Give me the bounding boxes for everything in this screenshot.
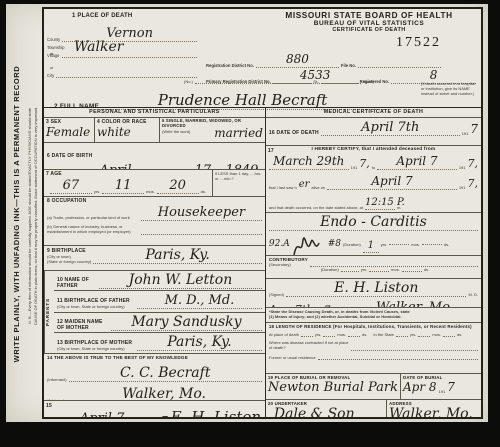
township-value: Walker	[74, 39, 123, 55]
certify-text: I HEREBY CERTIFY, that I attended deceas…	[269, 147, 478, 152]
father-birthplace-row: 11 BIRTHPLACE OF FATHER (City or town, S…	[54, 291, 265, 313]
burial-year-pre: 191	[439, 389, 446, 394]
cause-hash-note: #8	[328, 239, 341, 249]
res-ds-cap-a: ds.	[362, 332, 367, 337]
parents-block: PARENTS 10 NAME OF FATHER John W. Letton	[44, 271, 265, 354]
birthplace-value: Paris, Ky.	[145, 247, 209, 263]
certify-number: 17	[268, 148, 274, 154]
physician-address-value: Walker, Mo.	[376, 300, 454, 308]
occupation-row: 8 OCCUPATION (a) Trade, profession, or p…	[44, 197, 265, 246]
informant-address-value: Walker, Mo.	[122, 386, 206, 401]
residence-row: 18 LENGTH OF RESIDENCE (For Hospitals, I…	[266, 323, 481, 374]
medical-certificate-column: MEDICAL CERTIFICATE OF DEATH 16 DATE OF …	[266, 107, 481, 417]
age-mos-cap: mos.	[146, 189, 155, 194]
filed-row: 15 Filed April 7, 1917 E. H. Liston Regi…	[44, 401, 265, 417]
village-label: Village	[47, 53, 60, 58]
age-years-value: 67	[63, 178, 80, 193]
mother-name-row: 12 MAIDEN NAME OF MOTHER Mary Sandusky	[54, 313, 265, 333]
to-year-pre: 191	[459, 165, 466, 170]
margin-warning-text: WRITE PLAINLY, WITH UNFADING INK—THIS IS…	[12, 10, 21, 418]
cause-yrs-cap: yrs.	[381, 242, 387, 247]
mother-name-label: 12 MAIDEN NAME OF MOTHER	[57, 319, 109, 331]
res-ds-cap-b: ds.	[457, 332, 462, 337]
secondary-cap: (Secondary)	[269, 262, 308, 267]
lastsaw-her-value: er	[299, 179, 310, 190]
birthplace-row: 9 BIRTHPLACE (City or town) (State or fo…	[44, 246, 265, 271]
father-name-value: John W. Letton	[129, 272, 233, 288]
burial-date-value: Apr 8	[403, 380, 437, 394]
cause-duration-cap: (Duration)	[343, 242, 361, 247]
lastsaw-text-a: that I last saw h	[269, 185, 297, 190]
township-label: Township	[47, 45, 64, 50]
signed-cap: (Signed)	[269, 292, 284, 297]
contributory-duration-cap: (Duration)	[321, 267, 339, 272]
primary-reg-label: Primary Registration District No.	[206, 79, 271, 84]
to-word: to	[372, 165, 375, 170]
place-of-death-label: 1 PLACE OF DEATH	[72, 13, 132, 19]
res-mos-cap-b: mos.	[432, 332, 441, 337]
cause-mos-cap: mos.	[411, 242, 420, 247]
physician-signature-row: (Signed) E. H. Liston M. D. Apr. 7th 191…	[266, 279, 481, 308]
registrar-signature: E. H. Liston	[171, 408, 261, 417]
county-label: County	[47, 37, 60, 42]
or-word-b: or	[50, 65, 54, 70]
filed-date-value: April 7,	[80, 411, 129, 417]
burial-year-value: 7	[447, 380, 455, 394]
personal-particulars-column: PERSONAL AND STATISTICAL PARTICULARS 3 S…	[44, 107, 266, 417]
occupation-a-value: Housekeeper	[158, 205, 245, 220]
death-certificate-scan: { "margin": { "line1": "WRITE PLAINLY, W…	[0, 0, 500, 447]
age-less-note: If LESS than 1 day, ....hrs. or ....min.…	[215, 171, 263, 181]
contrib-mos-cap: mos.	[391, 267, 400, 272]
from-year-pre: 191	[351, 165, 358, 170]
no-label: (No.)	[184, 79, 193, 84]
undertaker-value: Dale & Son	[268, 406, 384, 417]
board-titles: MISSOURI STATE BOARD OF HEALTH BUREAU OF…	[259, 11, 479, 33]
lastsaw-year-pre: 191	[459, 185, 466, 190]
contrib-ds-cap: ds.	[424, 267, 429, 272]
filed-number: 15	[46, 403, 52, 409]
occupation-b-label: (b) General nature of industry, business…	[47, 225, 139, 235]
lastsaw-text-b: alive on	[311, 185, 325, 190]
date-of-death-row: 16 DATE OF DEATH April 7th 1917 (Month) …	[266, 118, 481, 146]
personal-title: PERSONAL AND STATISTICAL PARTICULARS	[44, 107, 265, 118]
form-header: 1 PLACE OF DEATH County Vernon Township …	[44, 9, 481, 108]
registered-no-value: 8	[430, 68, 438, 82]
father-name-row: 10 NAME OF FATHER John W. Letton	[54, 271, 265, 291]
father-birthplace-cap: (City or town, State or foreign country)	[57, 304, 135, 309]
age-yrs-cap: yrs.	[94, 189, 100, 194]
mother-birthplace-value: Paris, Ky.	[167, 334, 231, 350]
certificate-title: CERTIFICATE OF DEATH	[259, 27, 479, 33]
at-place-label: At place of death	[269, 332, 299, 337]
undertaker-address-value: Walker, Mo.	[389, 406, 479, 417]
contrib-yrs-cap: yrs.	[361, 267, 367, 272]
margin-note-line2: CAUSE OF DEATH in plain terms, so that i…	[33, 16, 38, 416]
lastsaw-year-value: 7,	[468, 177, 479, 190]
res-mos-cap-a: mos.	[337, 332, 346, 337]
mother-name-value: Mary Sandusky	[131, 314, 241, 330]
sex-color-marital-row: 3 SEX Female 4 COLOR OR RACE white 5 SIN…	[44, 118, 265, 143]
attended-from-value: March 29th	[273, 154, 344, 168]
age-days-value: 20	[169, 178, 186, 193]
dob-day-value: 17	[195, 163, 212, 170]
margin-note-line1: N. B.—Every item of information should b…	[27, 16, 32, 416]
father-birthplace-value: M. D., Md.	[165, 293, 235, 308]
dod-year-value: 7	[470, 122, 478, 136]
cause-of-death-row: Endo - Carditis 92.A #8 (Duration) 1 yrs…	[266, 213, 481, 256]
dob-month-value: April	[99, 163, 131, 170]
registration-district-line: Registration District No. 880 File No.	[206, 51, 441, 68]
informant-row: 14 THE ABOVE IS TRUE TO THE BEST OF MY K…	[44, 354, 265, 401]
father-name-label: 10 NAME OF FATHER	[57, 277, 97, 289]
bureau-title: BUREAU OF VITAL STATISTICS	[259, 20, 479, 27]
res-yrs-cap-b: yrs.	[410, 332, 416, 337]
file-number-stamp: 17522	[396, 35, 441, 51]
contributory-row: CONTRIBUTORY (Secondary) (Duration) yrs.…	[266, 256, 481, 279]
primary-reg-value: 4533	[300, 68, 331, 82]
death-occurred-text: and that death occurred, on the date sta…	[269, 205, 363, 210]
footnote-row: *State the Disease Causing Death, or, in…	[266, 308, 481, 323]
res-yrs-cap-a: yrs.	[315, 332, 321, 337]
certification-row: 17 I HEREBY CERTIFY, that I attended dec…	[266, 146, 481, 213]
filed-year-value: 7	[161, 414, 168, 417]
footnote-line2: (1) Means of Injury; and (2) whether Acc…	[269, 314, 478, 319]
md-cap: M. D.	[468, 292, 478, 297]
in-state-label: In the State	[373, 332, 393, 337]
city-label: City	[47, 73, 54, 78]
board-title: MISSOURI STATE BOARD OF HEALTH	[259, 11, 479, 20]
certificate-form: 1 PLACE OF DEATH County Vernon Township …	[42, 7, 483, 419]
attended-to-value: April 7	[396, 154, 437, 168]
age-row: 7 AGE 67 yrs. 11 mos. 20 ds. If LESS tha…	[44, 170, 265, 197]
date-of-birth-row: 6 DATE OF BIRTH April 17 1849 (Month) (D…	[44, 143, 265, 170]
certificate-card: WRITE PLAINLY, WITH UNFADING INK—THIS IS…	[6, 4, 488, 422]
age-months-value: 11	[115, 178, 132, 193]
to-year-value: 7,	[468, 157, 479, 170]
residence-label: 18 LENGTH OF RESIDENCE (For Hospitals, I…	[269, 324, 478, 329]
dob-label: 6 DATE OF BIRTH	[47, 153, 92, 159]
burial-place-value: Newton Burial Park	[268, 380, 398, 395]
mother-birthplace-row: 13 BIRTHPLACE OF MOTHER (City or town, S…	[54, 333, 265, 353]
former-residence-label: Former or usual residence	[269, 355, 316, 360]
parents-vertical-label: PARENTS	[44, 271, 54, 353]
physician-signature-value: E. H. Liston	[334, 280, 418, 296]
date-of-death-value: April 7th	[361, 120, 419, 135]
cause-duration-value: 1	[368, 240, 374, 251]
age-ds-cap: ds.	[201, 189, 206, 194]
from-year-value: 7,	[359, 157, 370, 170]
medical-title: MEDICAL CERTIFICATE OF DEATH	[266, 107, 481, 118]
informant-cap: (Informant)	[47, 377, 67, 382]
mother-birthplace-cap: (City or town, State or foreign country)	[57, 346, 135, 351]
informant-value: C. C. Becraft	[120, 365, 211, 381]
registered-no-label: Registered No.	[360, 79, 390, 84]
city-line: City	[47, 73, 197, 78]
cause-ds-cap: ds.	[444, 242, 449, 247]
disease-contracted-label: Where was disease contracted if not at p…	[269, 341, 349, 351]
informant-section-label: 14 THE ABOVE IS TRUE TO THE BEST OF MY K…	[47, 355, 262, 360]
m-word: m.	[397, 205, 401, 210]
cause-code-note: 92.A	[269, 239, 290, 249]
hospital-note: (If death occurred in a hospital or inst…	[421, 81, 479, 97]
occupation-a-label: (a) Trade, profession, or particular kin…	[47, 216, 139, 221]
sex-value: Female	[46, 125, 92, 139]
color-race-value: white	[97, 125, 157, 139]
dob-year-value: 1849	[225, 163, 258, 170]
birthplace-cap2: (State or foreign country)	[47, 259, 91, 264]
burial-row: 19 PLACE OF BURIAL OR REMOVAL Newton Bur…	[266, 374, 481, 400]
reg-district-value: 880	[286, 52, 309, 66]
cause-of-death-value: Endo - Carditis	[320, 214, 427, 230]
registrar-scrawl-mark	[292, 234, 326, 256]
undertaker-row: 20 UNDERTAKER Dale & Son ADDRESS Walker,…	[266, 400, 481, 417]
lastsaw-date-value: April 7	[371, 174, 412, 188]
